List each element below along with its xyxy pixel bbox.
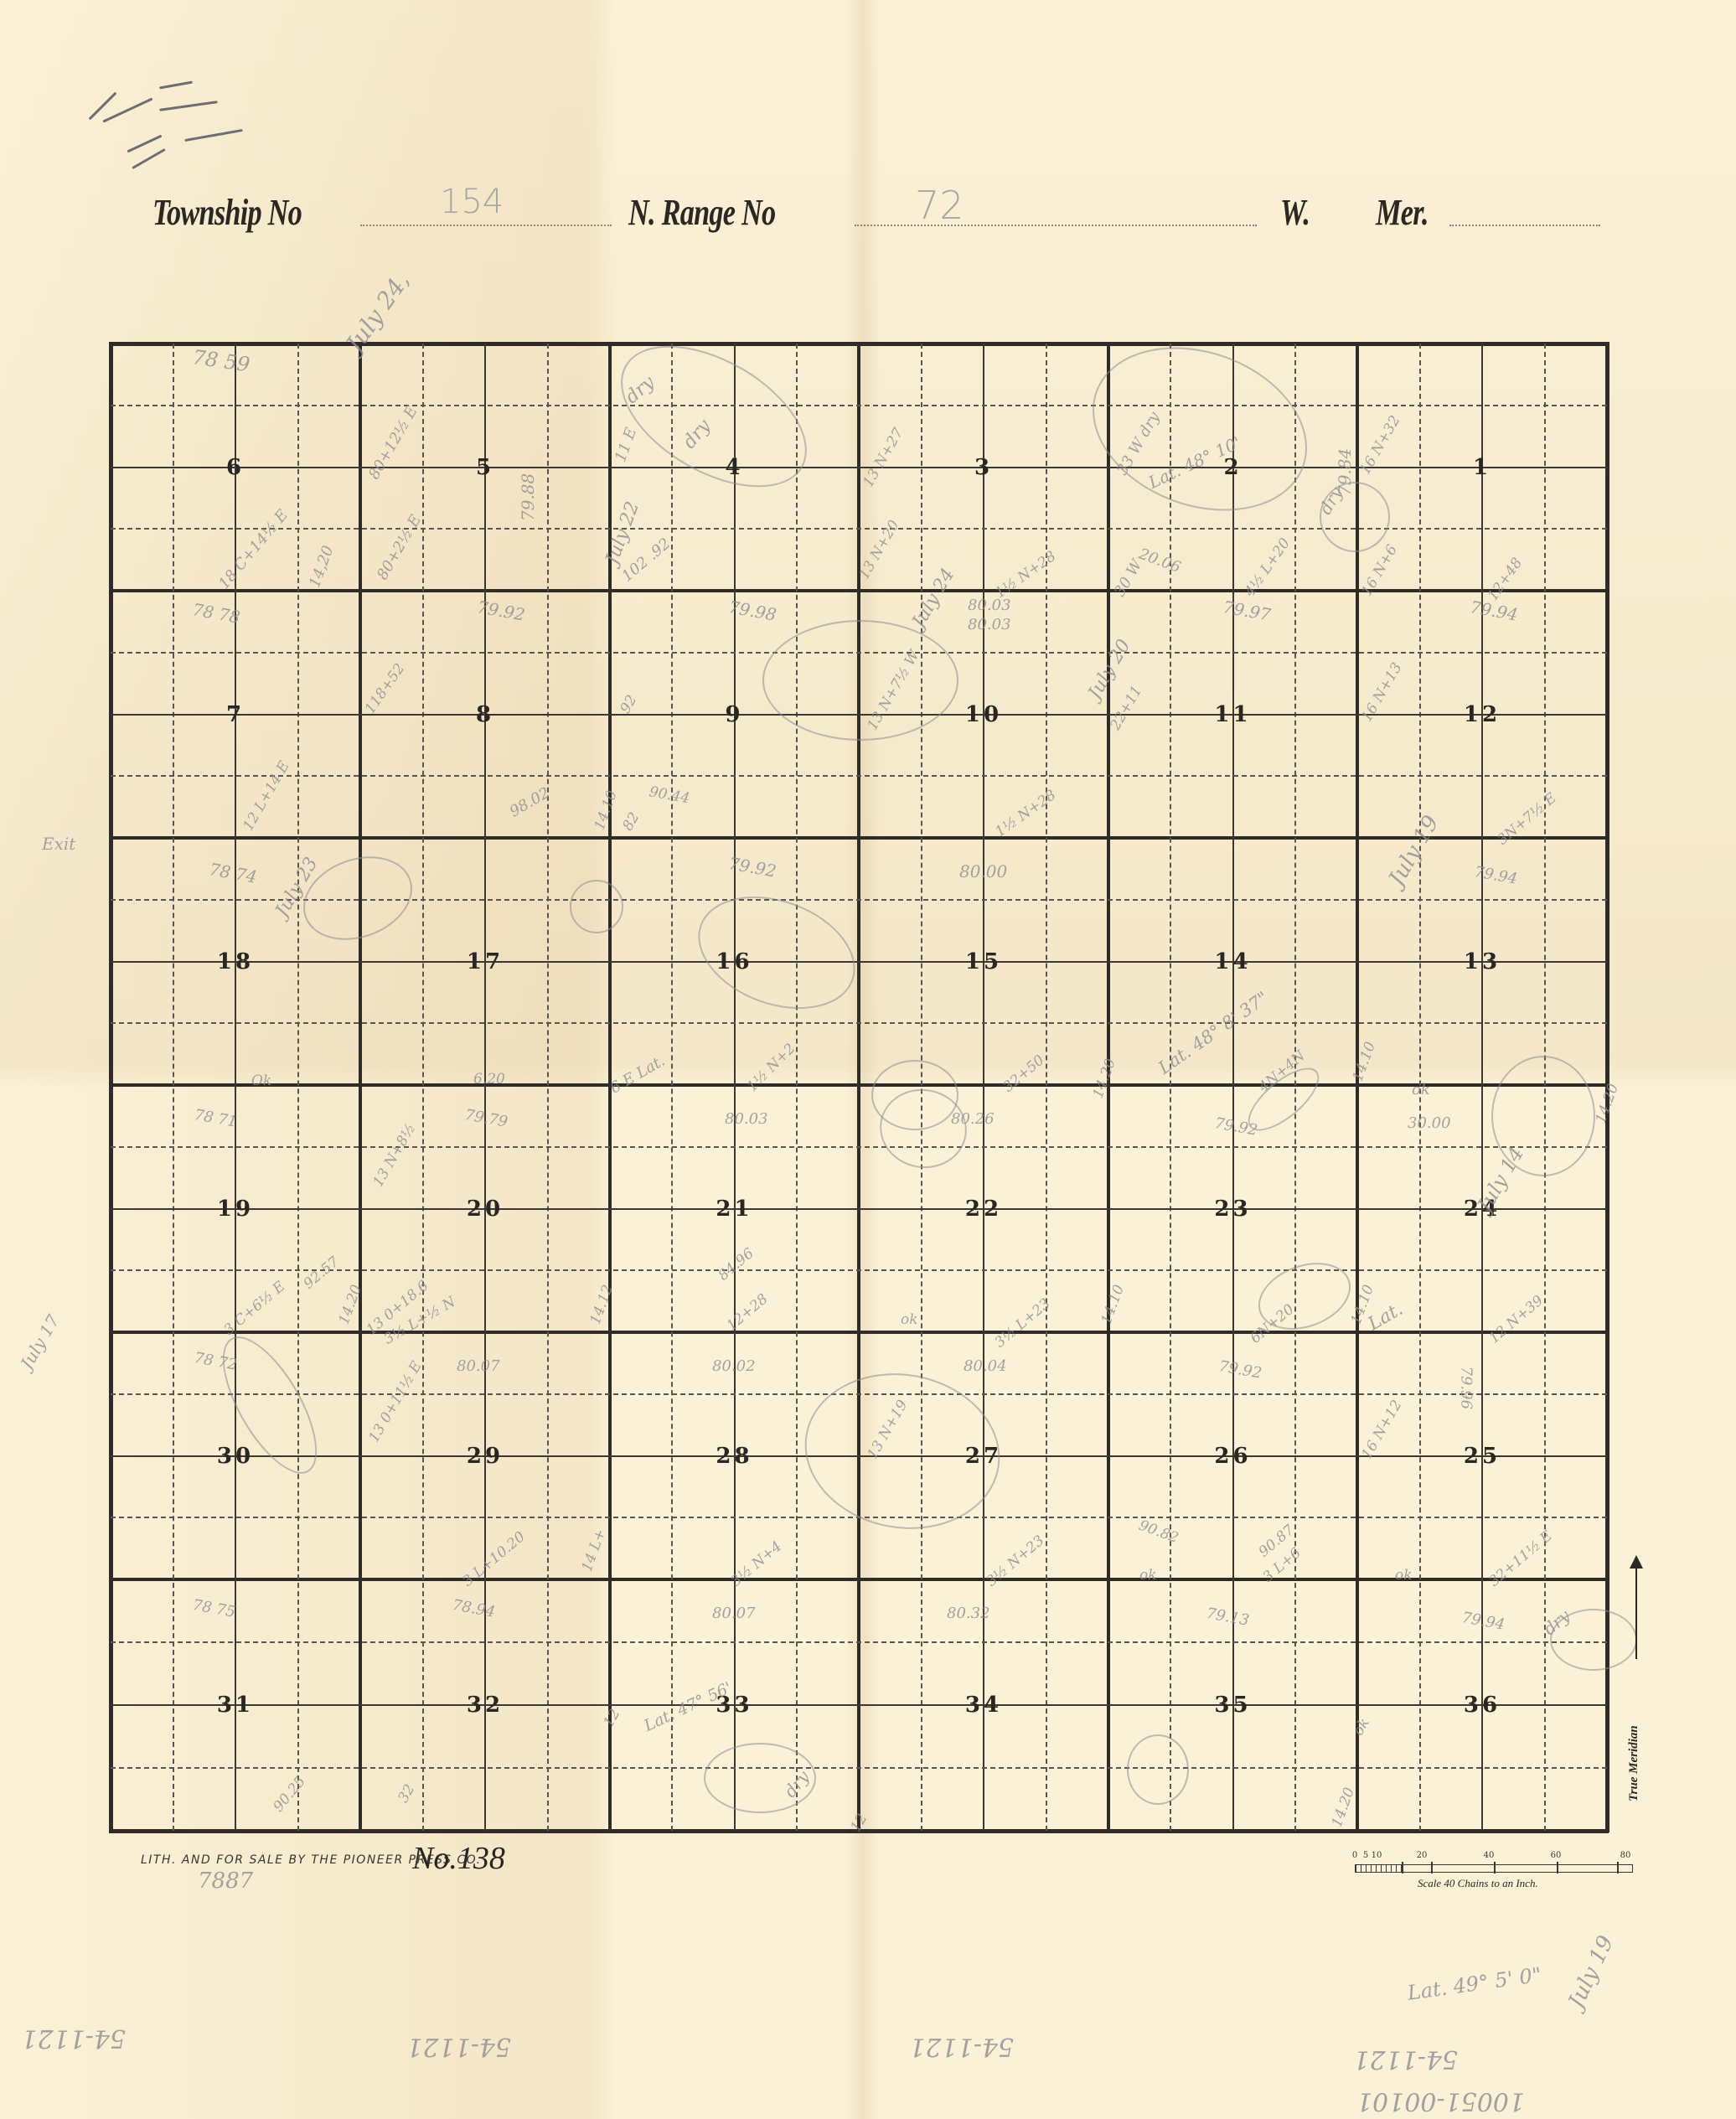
north-arrow-icon: [1634, 1567, 1639, 1659]
section-number: 35: [1214, 1693, 1251, 1718]
pencil-note: July 19: [1563, 1932, 1619, 2013]
pencil-note: 80.00: [959, 861, 1007, 881]
pencil-note: 90.25: [270, 1773, 309, 1815]
pencil-note: 80.04: [964, 1357, 1007, 1375]
plate-number: No.138: [412, 1840, 505, 1877]
pencil-note: 54-1121: [406, 2032, 511, 2061]
pencil-note: 3½ N+4: [728, 1538, 786, 1590]
pencil-note: 12 N+39: [1486, 1292, 1547, 1346]
pencil-note: 78 71: [193, 1106, 238, 1131]
township-label: Township No: [152, 191, 302, 234]
section-number: 8: [476, 702, 494, 727]
meridian-label: Mer.: [1376, 191, 1429, 234]
quarter-line-vertical: [1481, 344, 1483, 1831]
pencil-note: 92.57: [301, 1253, 343, 1293]
pencil-note: 79.79: [463, 1106, 509, 1131]
section-line-horizontal: [109, 589, 1609, 592]
pencil-note: 54-1121: [909, 2032, 1014, 2061]
section-number: 36: [1464, 1693, 1501, 1718]
section-number: 9: [725, 702, 743, 727]
pencil-note: ok: [1412, 1081, 1430, 1098]
pencil-note: 80.26: [951, 1110, 995, 1128]
pencil-note: 79.13: [1205, 1605, 1250, 1630]
section-number: 25: [1464, 1444, 1501, 1469]
section-number: 10: [965, 702, 1002, 727]
pencil-note: 3N+7½ E: [1495, 790, 1560, 849]
quarter-line-horizontal: [111, 1208, 1607, 1210]
section-line-horizontal: [109, 1578, 1609, 1581]
section-number: 1: [1473, 455, 1491, 480]
pencil-note: 80+2½ E: [374, 512, 425, 583]
pencil-note: 79.92: [1217, 1357, 1263, 1383]
quarter-quarter-line-vertical: [297, 344, 299, 1831]
section-number: 26: [1214, 1444, 1251, 1469]
pencil-note: 14.20: [1593, 1082, 1622, 1126]
section-number: 11: [1214, 702, 1251, 727]
pencil-note: 79.92: [476, 597, 527, 625]
section-number: 29: [467, 1444, 504, 1469]
section-number: 31: [217, 1693, 254, 1718]
meridian-field-line: [1449, 225, 1600, 226]
range-label: N. Range No: [628, 191, 775, 234]
scale-tick: [1402, 1862, 1403, 1874]
pencil-note: 13 0+11½ E: [365, 1358, 425, 1445]
pencil-note: ok: [1395, 1567, 1413, 1584]
pencil-note: ok: [1350, 1715, 1373, 1739]
pencil-note: 14.12: [587, 1283, 617, 1327]
pencil-note: 32: [395, 1781, 418, 1806]
section-number: 7: [226, 702, 245, 727]
pencil-note: 80.02: [712, 1357, 756, 1375]
scale-label: 0: [1352, 1851, 1357, 1860]
pencil-note: 6 E Lat.: [607, 1052, 669, 1098]
pencil-note: 12: [600, 1706, 623, 1730]
tally-marks: [84, 67, 285, 168]
scale-label: 60: [1551, 1851, 1562, 1860]
pencil-note: 32+50: [1000, 1052, 1048, 1095]
scale-label: 5: [1363, 1851, 1368, 1860]
section-number: 30: [217, 1444, 254, 1469]
section-line-horizontal: [109, 836, 1609, 840]
quarter-quarter-line-vertical: [422, 344, 424, 1831]
scale-tick: [1494, 1862, 1496, 1874]
quarter-line-horizontal: [111, 467, 1607, 468]
pencil-note: 6.20: [473, 1071, 505, 1088]
township-field-line: [360, 225, 612, 226]
pencil-note: 7887: [198, 1868, 253, 1894]
pencil-note: 90.44: [648, 783, 690, 807]
pencil-note: 79.88: [518, 473, 538, 521]
quarter-line-horizontal: [111, 961, 1607, 963]
pencil-note: 3½ N+23: [984, 1532, 1048, 1590]
pencil-note: 78.94: [451, 1596, 496, 1621]
pencil-note: 12 L+14 E: [240, 758, 292, 834]
scale-label: 80: [1620, 1851, 1631, 1860]
pencil-note: 80+12½ E: [365, 403, 421, 483]
pencil-note: 54-1121: [21, 2023, 126, 2053]
section-line-vertical: [1356, 342, 1359, 1832]
scale-bar: [1355, 1864, 1633, 1873]
section-number: 5: [476, 455, 494, 480]
pencil-note: 14.10: [1098, 1283, 1128, 1327]
pencil-note: 20.06: [1136, 545, 1183, 576]
pencil-note: Lat. 49° 5' 0": [1406, 1963, 1542, 2005]
section-number: 15: [965, 949, 1002, 974]
pencil-note: 14.20: [1090, 1057, 1119, 1101]
pencil-note: 30.00: [1408, 1114, 1451, 1132]
pencil-note: Lat. 48° 8' 37": [1155, 988, 1272, 1078]
pencil-note: 79.94: [1473, 863, 1518, 888]
pencil-note: 14.20: [1329, 1786, 1358, 1830]
scale-label: 10: [1372, 1851, 1382, 1860]
scale-tick: [1431, 1862, 1433, 1874]
section-number: 20: [467, 1196, 504, 1222]
scale-bar-fine-divisions: [1356, 1865, 1402, 1872]
pencil-note: 3½ L+23: [992, 1295, 1054, 1352]
pencil-ellipse: [570, 880, 623, 933]
pencil-note: 80.07: [712, 1605, 756, 1622]
pencil-note: 79.97: [1222, 597, 1273, 625]
township-value: 154: [440, 183, 504, 221]
township-plat-map: Township No 154 N. Range No 72 W. Mer. 6…: [0, 0, 1736, 2119]
pencil-note: 14 L+: [579, 1527, 610, 1574]
pencil-ellipse: [762, 620, 958, 741]
scale-tick: [1557, 1862, 1558, 1874]
pencil-note: 80.03: [968, 597, 1011, 614]
pencil-note: 82: [619, 809, 643, 834]
quarter-quarter-line-horizontal: [111, 775, 1607, 777]
section-number: 6: [226, 455, 245, 480]
quarter-line-vertical: [1232, 344, 1234, 1831]
pencil-note: July 19: [1384, 811, 1444, 890]
section-number: 17: [467, 949, 504, 974]
section-line-horizontal: [109, 1331, 1609, 1334]
pencil-note: 80.07: [457, 1357, 500, 1375]
pencil-note: July 17: [17, 1311, 64, 1372]
pencil-note: 84.96: [716, 1245, 757, 1284]
section-number: 13: [1464, 949, 1501, 974]
pencil-note: 14.10: [592, 788, 621, 833]
section-line-vertical: [109, 342, 113, 1832]
pencil-note: 80.03: [968, 616, 1011, 633]
pencil-note: 78 74: [208, 859, 259, 887]
pencil-note: 22+11: [1107, 683, 1145, 733]
pencil-note: ok: [1139, 1567, 1157, 1584]
pencil-note: July 24: [908, 565, 958, 632]
pencil-note: 30 W: [1111, 556, 1146, 599]
quarter-quarter-line-horizontal: [111, 1641, 1607, 1643]
pencil-note: 13 N+27: [860, 426, 907, 490]
scale-caption: Scale 40 Chains to an Inch.: [1418, 1877, 1538, 1890]
pencil-note: 1½ N+28: [992, 787, 1059, 840]
pencil-note: 78 59: [191, 345, 251, 376]
quarter-quarter-line-horizontal: [111, 405, 1607, 406]
true-meridian-label: True Meridian: [1627, 1725, 1641, 1801]
section-number: 14: [1214, 949, 1251, 974]
scale-label: 20: [1417, 1851, 1428, 1860]
range-value: 72: [915, 183, 964, 228]
section-number: 22: [965, 1196, 1002, 1222]
pencil-note: 80.32: [947, 1605, 990, 1622]
pencil-note: 3 C+6½ E: [221, 1278, 289, 1338]
pencil-note: 13 N+20: [855, 518, 902, 582]
section-number: 32: [467, 1693, 504, 1718]
pencil-ellipse: [1127, 1734, 1189, 1805]
scale-label: 40: [1484, 1851, 1495, 1860]
section-number: 19: [217, 1196, 254, 1222]
pencil-note: 79.94: [1469, 597, 1520, 625]
section-line-vertical: [359, 342, 362, 1832]
pencil-note: 12+28: [724, 1290, 772, 1334]
pencil-note: 118+52: [362, 660, 409, 716]
quarter-line-horizontal: [111, 1704, 1607, 1706]
section-number: 3: [974, 455, 993, 480]
section-number: 21: [716, 1196, 752, 1222]
pencil-note: 79.94: [1460, 1609, 1506, 1634]
section-line-horizontal: [109, 1083, 1609, 1087]
quarter-quarter-line-vertical: [796, 344, 798, 1831]
scale-tick: [1617, 1862, 1619, 1874]
quarter-quarter-line-horizontal: [111, 1767, 1607, 1769]
pencil-note: 16 N+12: [1358, 1398, 1405, 1462]
pencil-note: 10051-00101: [1356, 2086, 1525, 2116]
section-number: 28: [716, 1444, 752, 1469]
section-line-horizontal: [109, 342, 1609, 346]
section-number: 23: [1214, 1196, 1251, 1222]
quarter-quarter-line-horizontal: [111, 1022, 1607, 1024]
pencil-note: 1½ N+28: [992, 548, 1059, 602]
west-label: W.: [1280, 191, 1310, 234]
quarter-quarter-line-vertical: [173, 344, 174, 1831]
quarter-quarter-line-vertical: [671, 344, 673, 1831]
section-number: 18: [217, 949, 254, 974]
quarter-quarter-line-horizontal: [111, 1146, 1607, 1148]
pencil-note: Ok: [251, 1072, 271, 1089]
pencil-note: 14.10: [1350, 1040, 1379, 1084]
pencil-note: ok: [901, 1311, 918, 1328]
pencil-note: 18 C+14½ E: [215, 506, 292, 592]
pencil-note: 12+48: [1485, 555, 1526, 604]
pencil-note: 79.96: [1458, 1367, 1475, 1410]
pencil-note: 80.03: [725, 1110, 768, 1128]
pencil-note: 90.82: [1137, 1517, 1181, 1547]
section-number: 34: [965, 1693, 1002, 1718]
pencil-note: 11 E: [612, 426, 640, 464]
pencil-note: Exit: [42, 834, 75, 854]
section-number: 12: [1464, 702, 1501, 727]
quarter-quarter-line-vertical: [547, 344, 549, 1831]
pencil-note: 13 N+8½: [369, 1121, 419, 1190]
pencil-note: 79.84: [1335, 448, 1355, 496]
pencil-note: 78 75: [191, 1596, 236, 1621]
pencil-note: 1½ N+2: [744, 1041, 799, 1096]
pencil-note: 54-1121: [1353, 2044, 1458, 2074]
pencil-note: 14,20: [306, 543, 337, 590]
